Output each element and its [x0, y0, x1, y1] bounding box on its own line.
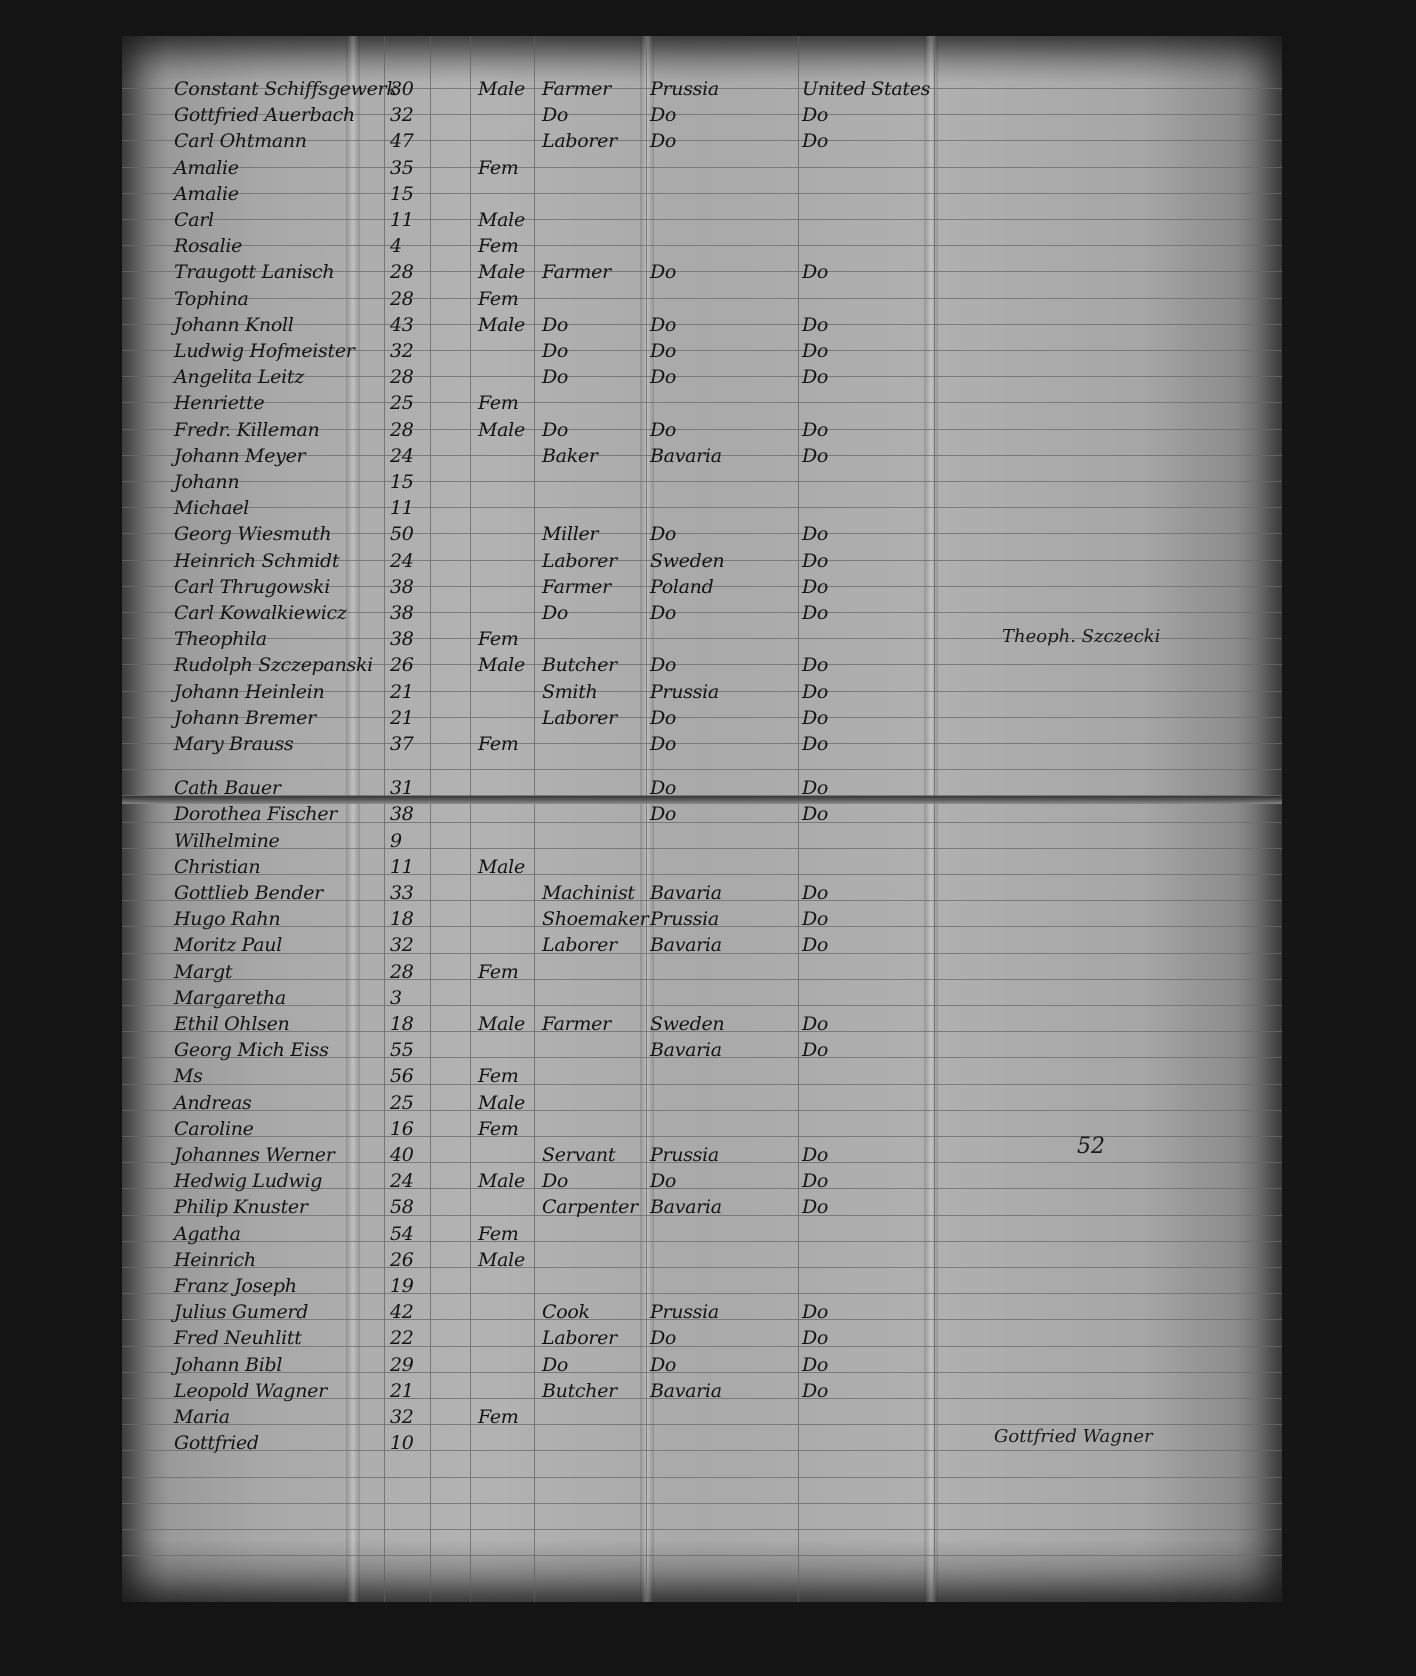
passenger-sex: Male — [478, 1092, 525, 1114]
passenger-name: Johannes Werner — [174, 1144, 335, 1166]
passenger-occupation: Cook — [542, 1301, 590, 1323]
passenger-name: Constant Schiffsgewerk — [174, 78, 398, 100]
passenger-name: Margt — [174, 961, 232, 983]
passenger-name: Fredr. Killeman — [174, 419, 320, 441]
passenger-occupation: Do — [542, 602, 568, 624]
passenger-age: 21 — [390, 1380, 414, 1402]
country-of-destination: Do — [802, 104, 828, 126]
table-row: Gottfried Auerbach32DoDoDo — [122, 102, 1282, 128]
ruled-line — [122, 1477, 1282, 1478]
passenger-age: 22 — [390, 1327, 414, 1349]
passenger-sex: Male — [478, 1170, 525, 1192]
table-row: Gottlieb Bender33MachinistBavariaDo — [122, 880, 1282, 906]
passenger-sex: Male — [478, 856, 525, 878]
passenger-name: Henriette — [174, 392, 264, 414]
table-row: Heinrich Schmidt24LaborerSwedenDo — [122, 548, 1282, 574]
passenger-age: 28 — [390, 366, 414, 388]
country-of-origin: Do — [650, 777, 676, 799]
table-row: Johann Knoll43MaleDoDoDo — [122, 312, 1282, 338]
country-of-destination: Do — [802, 314, 828, 336]
country-of-origin: Do — [650, 1354, 676, 1376]
country-of-destination: Do — [802, 1354, 828, 1376]
passenger-age: 18 — [390, 1013, 414, 1035]
passenger-age: 4 — [390, 235, 402, 257]
passenger-sex: Fem — [478, 1065, 519, 1087]
country-of-destination: Do — [802, 733, 828, 755]
passenger-age: 16 — [390, 1118, 414, 1140]
passenger-name: Leopold Wagner — [174, 1380, 327, 1402]
passenger-sex: Male — [478, 314, 525, 336]
passenger-sex: Fem — [478, 392, 519, 414]
passenger-age: 11 — [390, 856, 414, 878]
passenger-age: 38 — [390, 803, 414, 825]
table-row: Franz Joseph19 — [122, 1273, 1282, 1299]
passenger-age: 31 — [390, 777, 414, 799]
country-of-destination: Do — [802, 130, 828, 152]
passenger-name: Gottfried — [174, 1432, 259, 1454]
passenger-occupation: Laborer — [542, 934, 617, 956]
passenger-age: 29 — [390, 1354, 414, 1376]
country-of-destination: Do — [802, 261, 828, 283]
country-of-destination: Do — [802, 340, 828, 362]
passenger-name: Carl Thrugowski — [174, 576, 330, 598]
table-row: Caroline16Fem — [122, 1116, 1282, 1142]
margin-signature: Theoph. Szczecki — [1002, 626, 1160, 647]
passenger-age: 25 — [390, 392, 414, 414]
passenger-name: Angelita Leitz — [174, 366, 304, 388]
passenger-occupation: Do — [542, 1170, 568, 1192]
passenger-sex: Fem — [478, 1223, 519, 1245]
passenger-age: 56 — [390, 1065, 414, 1087]
passenger-age: 43 — [390, 314, 414, 336]
country-of-destination: Do — [802, 803, 828, 825]
table-row: Margaretha3 — [122, 985, 1282, 1011]
country-of-origin: Do — [650, 733, 676, 755]
table-row: Leopold Wagner21ButcherBavariaDo — [122, 1378, 1282, 1404]
table-row: Dorothea Fischer38DoDo — [122, 801, 1282, 827]
passenger-occupation: Do — [542, 314, 568, 336]
passenger-age: 28 — [390, 961, 414, 983]
passenger-sex: Fem — [478, 157, 519, 179]
passenger-occupation: Do — [542, 104, 568, 126]
table-row: Angelita Leitz28DoDoDo — [122, 364, 1282, 390]
passenger-sex: Fem — [478, 1118, 519, 1140]
country-of-destination: Do — [802, 1380, 828, 1402]
country-of-origin: Prussia — [650, 681, 719, 703]
country-of-origin: Do — [650, 654, 676, 676]
table-row: Christian11Male — [122, 854, 1282, 880]
country-of-destination: Do — [802, 882, 828, 904]
passenger-age: 11 — [390, 209, 414, 231]
passenger-name: Hedwig Ludwig — [174, 1170, 322, 1192]
table-row: Amalie35Fem — [122, 155, 1282, 181]
table-row: Andreas25Male — [122, 1090, 1282, 1116]
passenger-occupation: Farmer — [542, 576, 611, 598]
passenger-sex: Fem — [478, 733, 519, 755]
passenger-age: 47 — [390, 130, 414, 152]
table-row: Georg Wiesmuth50MillerDoDo — [122, 521, 1282, 547]
country-of-destination: Do — [802, 445, 828, 467]
passenger-occupation: Farmer — [542, 78, 611, 100]
passenger-sex: Fem — [478, 1406, 519, 1428]
passenger-age: 28 — [390, 261, 414, 283]
passenger-sex: Male — [478, 261, 525, 283]
passenger-name: Franz Joseph — [174, 1275, 297, 1297]
passenger-name: Heinrich — [174, 1249, 256, 1271]
table-row: Carl Thrugowski38FarmerPolandDo — [122, 574, 1282, 600]
table-row: Hedwig Ludwig24MaleDoDoDo — [122, 1168, 1282, 1194]
table-row: Mary Brauss37FemDoDo — [122, 731, 1282, 757]
table-row: Wilhelmine9 — [122, 828, 1282, 854]
passenger-name: Ethil Ohlsen — [174, 1013, 289, 1035]
passenger-age: 37 — [390, 733, 414, 755]
passenger-name: Cath Bauer — [174, 777, 281, 799]
passenger-occupation: Smith — [542, 681, 597, 703]
passenger-name: Caroline — [174, 1118, 254, 1140]
passenger-age: 18 — [390, 908, 414, 930]
ruled-line — [122, 1555, 1282, 1556]
passenger-occupation: Shoemaker — [542, 908, 648, 930]
country-of-origin: Sweden — [650, 550, 724, 572]
table-row: Henriette25Fem — [122, 390, 1282, 416]
passenger-sex: Male — [478, 78, 525, 100]
passenger-age: 28 — [390, 288, 414, 310]
passenger-age: 10 — [390, 1432, 414, 1454]
country-of-origin: Do — [650, 340, 676, 362]
table-row: Carl11Male — [122, 207, 1282, 233]
country-of-origin: Do — [650, 1327, 676, 1349]
passenger-name: Christian — [174, 856, 260, 878]
table-row: Heinrich26Male — [122, 1247, 1282, 1273]
passenger-occupation: Servant — [542, 1144, 615, 1166]
ruled-line — [122, 1529, 1282, 1530]
table-row: Ethil Ohlsen18MaleFarmerSwedenDo — [122, 1011, 1282, 1037]
margin-signature: Gottfried Wagner — [994, 1426, 1153, 1447]
passenger-occupation: Baker — [542, 445, 598, 467]
passenger-occupation: Laborer — [542, 550, 617, 572]
passenger-occupation: Do — [542, 340, 568, 362]
passenger-name: Andreas — [174, 1092, 251, 1114]
passenger-name: Ludwig Hofmeister — [174, 340, 355, 362]
passenger-sex: Male — [478, 1249, 525, 1271]
passenger-name: Julius Gumerd — [174, 1301, 308, 1323]
passenger-name: Johann — [174, 471, 239, 493]
passenger-age: 32 — [390, 340, 414, 362]
country-of-destination: Do — [802, 654, 828, 676]
country-of-destination: Do — [802, 1144, 828, 1166]
passenger-age: 54 — [390, 1223, 414, 1245]
passenger-name: Johann Meyer — [174, 445, 305, 467]
country-of-origin: Do — [650, 523, 676, 545]
country-of-destination: Do — [802, 576, 828, 598]
passenger-age: 15 — [390, 471, 414, 493]
passenger-occupation: Do — [542, 1354, 568, 1376]
country-of-origin: Do — [650, 261, 676, 283]
country-of-origin: Bavaria — [650, 934, 722, 956]
table-row: Johann Heinlein21SmithPrussiaDo — [122, 679, 1282, 705]
passenger-name: Agatha — [174, 1223, 241, 1245]
passenger-name: Tophina — [174, 288, 249, 310]
passenger-name: Margaretha — [174, 987, 286, 1009]
country-of-origin: Sweden — [650, 1013, 724, 1035]
manifest-page: Constant Schiffsgewerk30MaleFarmerPrussi… — [122, 36, 1282, 1602]
passenger-occupation: Laborer — [542, 130, 617, 152]
table-row: Carl Kowalkiewicz38DoDoDo — [122, 600, 1282, 626]
country-of-destination: Do — [802, 419, 828, 441]
passenger-age: 24 — [390, 1170, 414, 1192]
passenger-age: 42 — [390, 1301, 414, 1323]
country-of-origin: Prussia — [650, 1144, 719, 1166]
table-row: Ms56Fem — [122, 1063, 1282, 1089]
passenger-sex: Male — [478, 1013, 525, 1035]
country-of-origin: Do — [650, 130, 676, 152]
ruled-line — [122, 1503, 1282, 1504]
passenger-name: Georg Mich Eiss — [174, 1039, 329, 1061]
passenger-age: 58 — [390, 1196, 414, 1218]
passenger-sex: Fem — [478, 235, 519, 257]
passenger-age: 32 — [390, 934, 414, 956]
country-of-destination: Do — [802, 1170, 828, 1192]
passenger-name: Philip Knuster — [174, 1196, 308, 1218]
passenger-age: 30 — [390, 78, 414, 100]
country-of-origin: Do — [650, 602, 676, 624]
passenger-name: Amalie — [174, 183, 239, 205]
passenger-age: 32 — [390, 104, 414, 126]
passenger-age: 38 — [390, 602, 414, 624]
table-row: Amalie15 — [122, 181, 1282, 207]
country-of-origin: Bavaria — [650, 1380, 722, 1402]
table-row: Philip Knuster58CarpenterBavariaDo — [122, 1194, 1282, 1220]
passenger-occupation: Farmer — [542, 1013, 611, 1035]
passenger-name: Carl Ohtmann — [174, 130, 307, 152]
table-row: Ludwig Hofmeister32DoDoDo — [122, 338, 1282, 364]
passenger-age: 25 — [390, 1092, 414, 1114]
passenger-occupation: Do — [542, 419, 568, 441]
country-of-destination: Do — [802, 550, 828, 572]
passenger-age: 24 — [390, 550, 414, 572]
passenger-age: 21 — [390, 681, 414, 703]
country-of-destination: Do — [802, 934, 828, 956]
country-of-origin: Bavaria — [650, 1039, 722, 1061]
country-of-destination: Do — [802, 366, 828, 388]
passenger-age: 11 — [390, 497, 414, 519]
passenger-age: 32 — [390, 1406, 414, 1428]
passenger-name: Carl — [174, 209, 214, 231]
passenger-age: 28 — [390, 419, 414, 441]
country-of-destination: Do — [802, 777, 828, 799]
passenger-age: 26 — [390, 654, 414, 676]
passenger-age: 40 — [390, 1144, 414, 1166]
passenger-name: Hugo Rahn — [174, 908, 280, 930]
passenger-occupation: Do — [542, 366, 568, 388]
passenger-name: Dorothea Fischer — [174, 803, 337, 825]
passenger-age: 9 — [390, 830, 402, 852]
country-of-destination: Do — [802, 707, 828, 729]
table-row: Georg Mich Eiss55BavariaDo — [122, 1037, 1282, 1063]
margin-number: 52 — [1077, 1134, 1105, 1159]
passenger-occupation: Butcher — [542, 654, 617, 676]
passenger-name: Wilhelmine — [174, 830, 279, 852]
table-row: Hugo Rahn18ShoemakerPrussiaDo — [122, 906, 1282, 932]
passenger-name: Michael — [174, 497, 249, 519]
country-of-destination: Do — [802, 1013, 828, 1035]
country-of-origin: Prussia — [650, 78, 719, 100]
country-of-destination: Do — [802, 1196, 828, 1218]
passenger-age: 50 — [390, 523, 414, 545]
table-row: Traugott Lanisch28MaleFarmerDoDo — [122, 259, 1282, 285]
country-of-origin: Prussia — [650, 1301, 719, 1323]
country-of-destination: Do — [802, 1327, 828, 1349]
table-row: Michael11 — [122, 495, 1282, 521]
table-row: Rosalie4Fem — [122, 233, 1282, 259]
table-row: Johann15 — [122, 469, 1282, 495]
passenger-name: Johann Bibl — [174, 1354, 282, 1376]
passenger-age: 19 — [390, 1275, 414, 1297]
table-row: Tophina28Fem — [122, 286, 1282, 312]
country-of-destination: Do — [802, 1301, 828, 1323]
passenger-age: 26 — [390, 1249, 414, 1271]
table-row: Johann Bremer21LaborerDoDo — [122, 705, 1282, 731]
country-of-origin: Do — [650, 314, 676, 336]
passenger-name: Johann Bremer — [174, 707, 316, 729]
table-row: Agatha54Fem — [122, 1221, 1282, 1247]
passenger-name: Moritz Paul — [174, 934, 282, 956]
country-of-origin: Do — [650, 803, 676, 825]
passenger-occupation: Carpenter — [542, 1196, 638, 1218]
table-row: Fredr. Killeman28MaleDoDoDo — [122, 417, 1282, 443]
passenger-occupation: Machinist — [542, 882, 635, 904]
table-row: Julius Gumerd42CookPrussiaDo — [122, 1299, 1282, 1325]
table-row: Margt28Fem — [122, 959, 1282, 985]
country-of-origin: Prussia — [650, 908, 719, 930]
passenger-sex: Fem — [478, 961, 519, 983]
table-row: Johann Bibl29DoDoDo — [122, 1352, 1282, 1378]
passenger-occupation: Laborer — [542, 707, 617, 729]
country-of-origin: Bavaria — [650, 882, 722, 904]
country-of-origin: Do — [650, 707, 676, 729]
country-of-destination: Do — [802, 602, 828, 624]
table-row: Rudolph Szczepanski26MaleButcherDoDo — [122, 652, 1282, 678]
passenger-name: Carl Kowalkiewicz — [174, 602, 347, 624]
passenger-sex: Male — [478, 654, 525, 676]
country-of-destination: Do — [802, 908, 828, 930]
country-of-origin: Poland — [650, 576, 713, 598]
country-of-destination: Do — [802, 1039, 828, 1061]
table-row: Cath Bauer31DoDo — [122, 775, 1282, 801]
passenger-age: 21 — [390, 707, 414, 729]
country-of-origin: Bavaria — [650, 445, 722, 467]
passenger-age: 15 — [390, 183, 414, 205]
passenger-age: 35 — [390, 157, 414, 179]
country-of-destination: Do — [802, 523, 828, 545]
country-of-origin: Do — [650, 104, 676, 126]
passenger-sex: Fem — [478, 628, 519, 650]
country-of-origin: Do — [650, 419, 676, 441]
passenger-name: Theophila — [174, 628, 267, 650]
country-of-origin: Bavaria — [650, 1196, 722, 1218]
passenger-name: Maria — [174, 1406, 230, 1428]
passenger-sex: Fem — [478, 288, 519, 310]
passenger-name: Mary Brauss — [174, 733, 293, 755]
table-row: Constant Schiffsgewerk30MaleFarmerPrussi… — [122, 76, 1282, 102]
passenger-age: 24 — [390, 445, 414, 467]
passenger-occupation: Butcher — [542, 1380, 617, 1402]
country-of-destination: United States — [802, 78, 930, 100]
passenger-age: 33 — [390, 882, 414, 904]
table-row: Moritz Paul32LaborerBavariaDo — [122, 932, 1282, 958]
passenger-sex: Male — [478, 419, 525, 441]
passenger-name: Rudolph Szczepanski — [174, 654, 373, 676]
passenger-name: Gottfried Auerbach — [174, 104, 355, 126]
passenger-age: 38 — [390, 628, 414, 650]
passenger-age: 55 — [390, 1039, 414, 1061]
passenger-name: Traugott Lanisch — [174, 261, 334, 283]
country-of-destination: Do — [802, 681, 828, 703]
passenger-name: Heinrich Schmidt — [174, 550, 339, 572]
passenger-name: Gottlieb Bender — [174, 882, 323, 904]
ruled-line — [122, 769, 1282, 770]
passenger-sex: Male — [478, 209, 525, 231]
country-of-origin: Do — [650, 366, 676, 388]
passenger-name: Georg Wiesmuth — [174, 523, 331, 545]
passenger-name: Ms — [174, 1065, 203, 1087]
passenger-occupation: Farmer — [542, 261, 611, 283]
passenger-name: Rosalie — [174, 235, 242, 257]
country-of-origin: Do — [650, 1170, 676, 1192]
table-row: Johannes Werner40ServantPrussiaDo — [122, 1142, 1282, 1168]
passenger-age: 38 — [390, 576, 414, 598]
passenger-occupation: Laborer — [542, 1327, 617, 1349]
passenger-name: Johann Knoll — [174, 314, 294, 336]
passenger-age: 3 — [390, 987, 402, 1009]
passenger-name: Amalie — [174, 157, 239, 179]
table-row: Carl Ohtmann47LaborerDoDo — [122, 128, 1282, 154]
passenger-name: Fred Neuhlitt — [174, 1327, 302, 1349]
table-row: Fred Neuhlitt22LaborerDoDo — [122, 1325, 1282, 1351]
passenger-name: Johann Heinlein — [174, 681, 324, 703]
table-row: Johann Meyer24BakerBavariaDo — [122, 443, 1282, 469]
passenger-occupation: Miller — [542, 523, 598, 545]
